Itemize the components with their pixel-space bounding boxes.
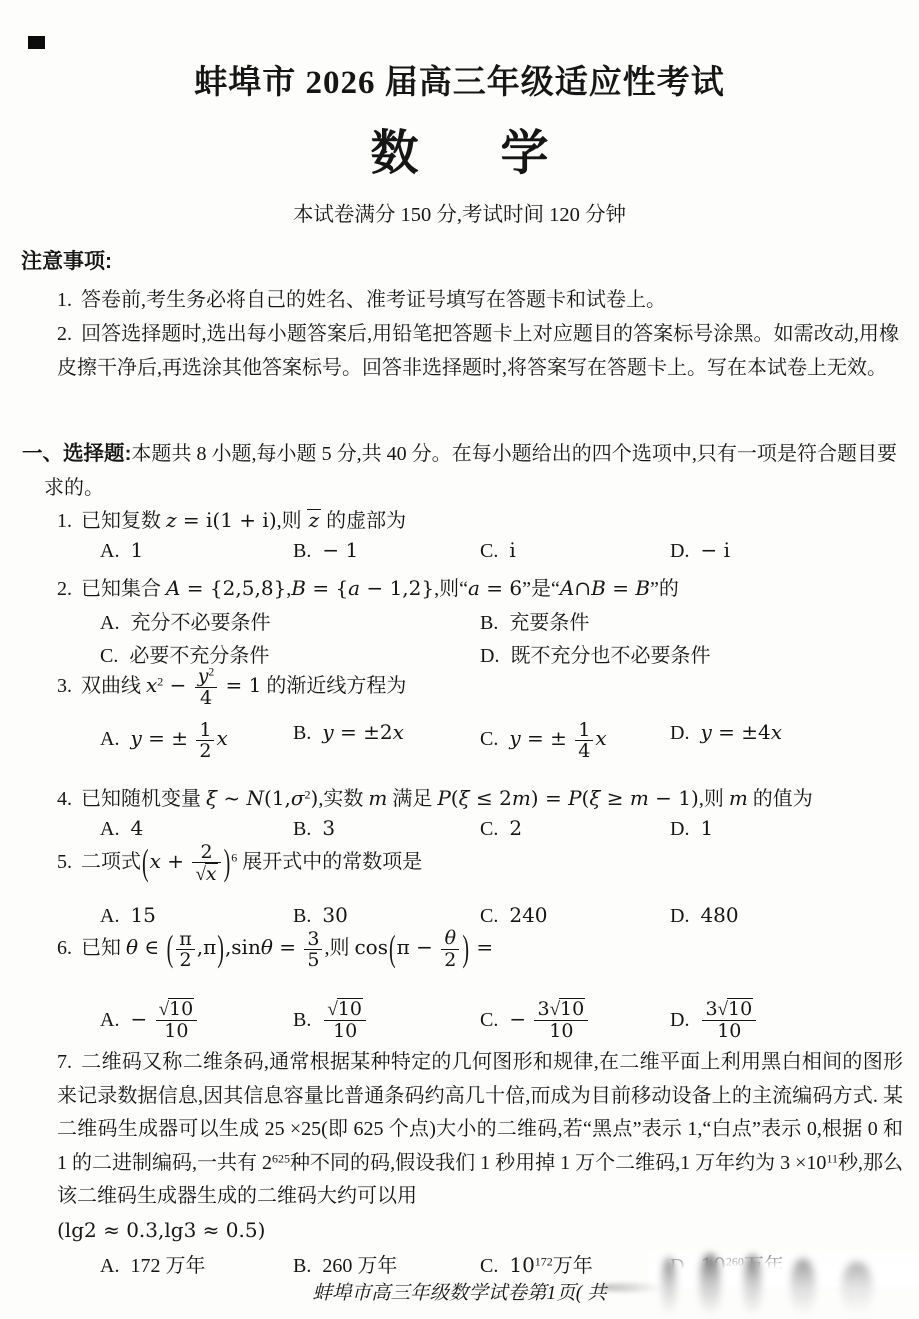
question-stem: 已知集合 A = {2,5,8},B = {a − 1,2},则“a = 6”是… bbox=[81, 578, 679, 600]
option-value: y = ±2x bbox=[322, 722, 404, 744]
option-label: A. bbox=[100, 728, 119, 750]
option-value: 1 bbox=[700, 818, 713, 840]
option-a: A.y = ± 12x bbox=[100, 720, 228, 761]
option-label: C. bbox=[480, 818, 498, 840]
option-value: 172 万年 bbox=[130, 1255, 205, 1277]
question-stem: 已知随机变量 ξ ~ N(1,σ2),实数 m 满足 P(ξ ≤ 2m) = P… bbox=[81, 788, 813, 810]
option-label: A. bbox=[100, 1255, 119, 1277]
option-label: D. bbox=[670, 905, 689, 927]
print-registration-mark bbox=[28, 36, 45, 49]
option-label: A. bbox=[100, 905, 119, 927]
option-label: C. bbox=[480, 1009, 498, 1031]
option-value: 3 bbox=[322, 818, 335, 840]
question-2: 2.已知集合 A = {2,5,8},B = {a − 1,2},则“a = 6… bbox=[57, 571, 903, 606]
option-c: C.10172万年 bbox=[480, 1249, 593, 1278]
smudge-streak bbox=[662, 1258, 676, 1316]
question-stem: 已知复数 z = i(1 + i),则 z 的虚部为 bbox=[81, 510, 406, 532]
option-label: D. bbox=[670, 540, 689, 562]
option-b: B.− 1 bbox=[293, 538, 358, 563]
subject-char-left: 数 bbox=[370, 127, 418, 180]
option-value: − i bbox=[700, 540, 730, 562]
option-label: B. bbox=[293, 540, 311, 562]
notices-heading: 注意事项: bbox=[21, 245, 112, 275]
option-b: B.3 bbox=[293, 816, 335, 841]
smudge-white-fade bbox=[648, 1243, 919, 1287]
option-d: D.3√1010 bbox=[670, 998, 758, 1041]
question-number: 5. bbox=[57, 851, 72, 873]
option-c: C.− 3√1010 bbox=[480, 998, 590, 1041]
question-number: 3. bbox=[57, 675, 72, 697]
exam-paper-page: 蚌埠市 2026 届高三年级适应性考试 数学 本试卷满分 150 分,考试时间 … bbox=[0, 0, 919, 1319]
smudge-streak bbox=[597, 1283, 663, 1292]
question-stem: 二项式(x + 2√x)6 展开式中的常数项是 bbox=[81, 851, 422, 873]
option-value: y = ±4x bbox=[700, 722, 782, 744]
option-b: B.30 bbox=[293, 903, 348, 928]
option-label: A. bbox=[100, 540, 119, 562]
option-d: D.480 bbox=[670, 903, 739, 928]
question-stem: 已知 θ ∈ (π2,π),sinθ = 35,则 cos(π − θ2) = bbox=[81, 937, 493, 959]
option-label: C. bbox=[100, 645, 118, 667]
option-value: 2 bbox=[509, 818, 522, 840]
option-c: C.240 bbox=[480, 903, 548, 928]
question-number: 4. bbox=[57, 788, 72, 810]
option-value: y = ± 14x bbox=[509, 728, 606, 750]
option-a: A.4 bbox=[100, 816, 143, 841]
option-a: A.1 bbox=[100, 538, 143, 563]
option-label: B. bbox=[293, 1255, 311, 1277]
option-value: 10172万年 bbox=[509, 1255, 592, 1277]
option-label: C. bbox=[480, 540, 498, 562]
smudge-streak bbox=[842, 1262, 872, 1314]
notice-number: 2. bbox=[57, 323, 72, 345]
option-d: D.1 bbox=[670, 816, 713, 841]
question-stem: 二维码又称二维条码,通常根据某种特定的几何图形和规律,在二维平面上利用黑白相间的… bbox=[57, 1051, 903, 1242]
notice-number: 1. bbox=[57, 289, 72, 311]
option-label: A. bbox=[100, 818, 119, 840]
option-label: B. bbox=[293, 818, 311, 840]
option-c: C.2 bbox=[480, 816, 522, 841]
question-4: 4.已知随机变量 ξ ~ N(1,σ2),实数 m 满足 P(ξ ≤ 2m) =… bbox=[57, 781, 903, 816]
option-value: − 3√1010 bbox=[509, 1009, 590, 1031]
option-value: 480 bbox=[700, 905, 738, 927]
smudge-streak bbox=[700, 1254, 720, 1316]
option-a: A.− √1010 bbox=[100, 998, 199, 1041]
option-d: D.y = ±4x bbox=[670, 720, 782, 745]
option-label: C. bbox=[480, 905, 498, 927]
notice-text: 答卷前,考生务必将自己的姓名、准考证号填写在答题卡和试卷上。 bbox=[81, 289, 666, 311]
option-value: 充分不必要条件 bbox=[130, 612, 270, 634]
section-text: 本题共 8 小题,每小题 5 分,共 40 分。在每小题给出的四个选项中,只有一… bbox=[44, 443, 897, 499]
option-label: D. bbox=[480, 645, 499, 667]
option-value: 充要条件 bbox=[509, 612, 589, 634]
option-label: B. bbox=[480, 612, 498, 634]
option-label: A. bbox=[100, 612, 119, 634]
option-a: A.充分不必要条件 bbox=[100, 606, 270, 635]
subject-title: 数学 bbox=[0, 114, 919, 183]
question-2-options-row1: A.充分不必要条件 B.充要条件 bbox=[0, 606, 919, 640]
option-value: 3√1010 bbox=[700, 1009, 758, 1031]
option-b: B.√1010 bbox=[293, 998, 368, 1041]
question-1-options: A.1 B.− 1 C.i D.− i bbox=[0, 538, 919, 572]
notice-text: 回答选择题时,选出每小题答案后,用铅笔把答题卡上对应题目的答案标号涂黑。如需改动… bbox=[57, 323, 899, 379]
notice-item-1: 1.答卷前,考生务必将自己的姓名、准考证号填写在答题卡和试卷上。 bbox=[57, 283, 899, 317]
subject-char-right: 学 bbox=[501, 127, 549, 180]
smudge-streak bbox=[791, 1259, 815, 1315]
option-value: √1010 bbox=[322, 1009, 368, 1031]
question-6-options: A.− √1010 B.√1010 C.− 3√1010 D.3√1010 bbox=[0, 998, 919, 1032]
option-d: D.− i bbox=[670, 538, 730, 563]
question-number: 1. bbox=[57, 510, 72, 532]
option-c: C.必要不充分条件 bbox=[100, 639, 269, 668]
question-number: 7. bbox=[57, 1051, 72, 1073]
option-value: 30 bbox=[322, 905, 347, 927]
question-3: 3.双曲线 x2 − y24 = 1 的渐近线方程为 bbox=[57, 666, 903, 708]
option-c: C.i bbox=[480, 538, 516, 563]
option-b: B.充要条件 bbox=[480, 606, 589, 635]
question-stem: 双曲线 x2 − y24 = 1 的渐近线方程为 bbox=[81, 675, 406, 697]
notice-item-2: 2.回答选择题时,选出每小题答案后,用铅笔把答题卡上对应题目的答案标号涂黑。如需… bbox=[57, 317, 899, 385]
option-a: A.172 万年 bbox=[100, 1249, 205, 1278]
option-b: B.y = ±2x bbox=[293, 720, 404, 745]
option-value: i bbox=[509, 540, 515, 562]
option-value: y = ± 12x bbox=[130, 728, 227, 750]
question-1: 1.已知复数 z = i(1 + i),则 z 的虚部为 bbox=[57, 503, 903, 538]
exam-info: 本试卷满分 150 分,考试时间 120 分钟 bbox=[0, 197, 919, 227]
option-label: B. bbox=[293, 905, 311, 927]
option-label: D. bbox=[670, 1009, 689, 1031]
section-header-choice: 一、选择题:本题共 8 小题,每小题 5 分,共 40 分。在每小题给出的四个选… bbox=[22, 437, 897, 505]
option-value: 1 bbox=[130, 540, 143, 562]
option-label: D. bbox=[670, 818, 689, 840]
option-value: 既不充分也不必要条件 bbox=[510, 645, 710, 667]
question-7: 7.二维码又称二维条码,通常根据某种特定的几何图形和规律,在二维平面上利用黑白相… bbox=[57, 1046, 903, 1248]
option-label: C. bbox=[480, 728, 498, 750]
smudge-streak bbox=[744, 1255, 761, 1316]
option-label: A. bbox=[100, 1009, 119, 1031]
question-number: 2. bbox=[57, 578, 72, 600]
question-6: 6.已知 θ ∈ (π2,π),sinθ = 35,则 cos(π − θ2) … bbox=[57, 928, 903, 970]
exam-title: 蚌埠市 2026 届高三年级适应性考试 bbox=[0, 56, 919, 103]
option-value: 240 bbox=[509, 905, 547, 927]
option-label: C. bbox=[480, 1255, 498, 1277]
option-b: B.260 万年 bbox=[293, 1249, 397, 1278]
option-label: B. bbox=[293, 722, 311, 744]
question-number: 6. bbox=[57, 937, 72, 959]
option-label: B. bbox=[293, 1009, 311, 1031]
option-label: D. bbox=[670, 722, 689, 744]
option-value: − √1010 bbox=[130, 1009, 199, 1031]
question-3-options: A.y = ± 12x B.y = ±2x C.y = ± 14x D.y = … bbox=[0, 720, 919, 754]
option-value: 4 bbox=[130, 818, 143, 840]
option-value: 15 bbox=[130, 905, 155, 927]
section-lead: 一、选择题: bbox=[22, 442, 131, 465]
option-a: A.15 bbox=[100, 903, 156, 928]
option-c: C.y = ± 14x bbox=[480, 720, 607, 761]
question-5: 5.二项式(x + 2√x)6 展开式中的常数项是 bbox=[57, 842, 903, 885]
option-value: 260 万年 bbox=[322, 1255, 397, 1277]
option-value: 必要不充分条件 bbox=[129, 645, 269, 667]
option-value: − 1 bbox=[322, 540, 358, 562]
option-d: D.既不充分也不必要条件 bbox=[480, 639, 710, 668]
